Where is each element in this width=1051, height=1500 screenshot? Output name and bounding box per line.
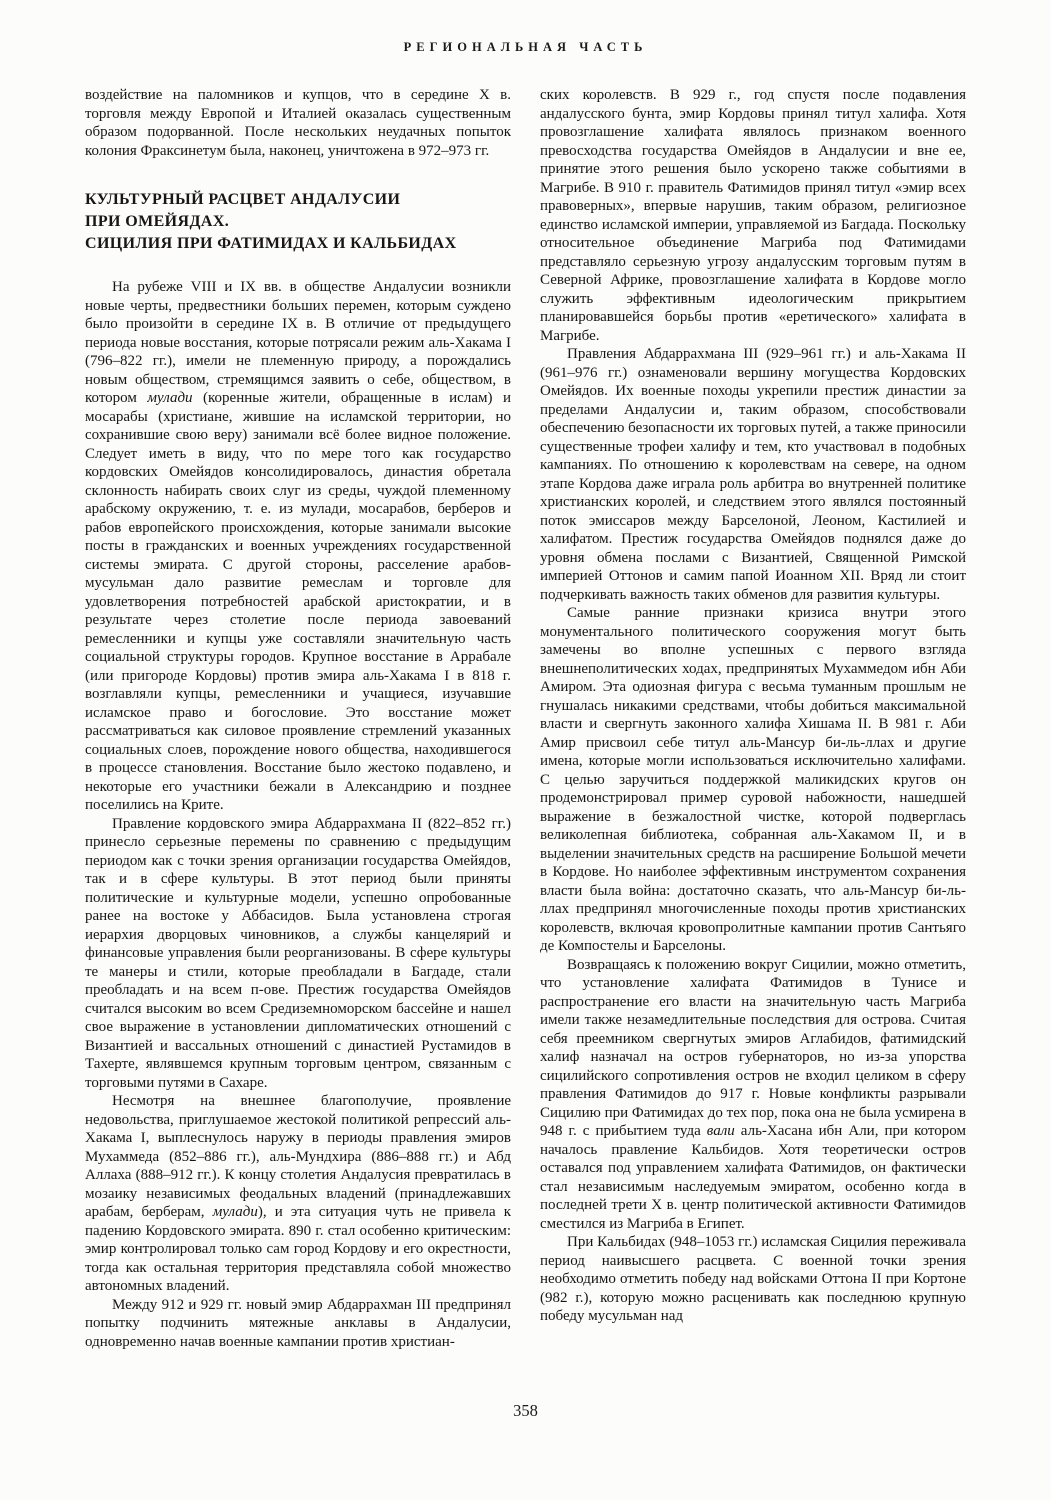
italic-term: вали [707,1123,735,1139]
paragraph: Правление кордовского эмира Абдаррахмана… [85,815,511,1093]
text-run: воздействие на паломников и купцов, что … [85,87,511,159]
text-run: Правления Абдаррахмана III (929–961 гг.)… [540,346,966,603]
paragraph: Между 912 и 929 гг. новый эмир Абдаррахм… [85,1296,511,1352]
book-page: РЕГИОНАЛЬНАЯ ЧАСТЬ воздействие на паломн… [0,0,1051,1500]
text-run: Возвращаясь к положению вокруг Сицилии, … [540,957,966,1140]
text-run: Правление кордовского эмира Абдаррахмана… [85,816,511,1091]
text-run: На рубеже VIII и IX вв. в обществе Андал… [85,279,511,406]
text-run: Между 912 и 929 гг. новый эмир Абдаррахм… [85,1297,511,1350]
paragraph: Возвращаясь к положению вокруг Сицилии, … [540,956,966,1234]
section-heading: КУЛЬТУРНЫЙ РАСЦВЕТ АНДАЛУСИИ ПРИ ОМЕЙЯДА… [85,189,511,255]
right-column: ских королевств. В 929 г., год спустя по… [540,86,966,1351]
text-run: (коренные жители, обращенные в ислам) и … [85,390,511,813]
paragraph: Правления Абдаррахмана III (929–961 гг.)… [540,345,966,604]
page-number: 358 [0,1401,1051,1421]
paragraph: воздействие на паломников и купцов, что … [85,86,511,160]
text-columns: воздействие на паломников и купцов, что … [85,86,966,1351]
italic-term: мулади [147,390,192,406]
paragraph: ских королевств. В 929 г., год спустя по… [540,86,966,345]
text-run: Самые ранние признаки кризиса внутри это… [540,605,966,954]
paragraph: При Кальбидах (948–1053 гг.) исламская С… [540,1233,966,1326]
text-run: Несмотря на внешнее благополучие, проявл… [85,1093,511,1220]
paragraph: Самые ранние признаки кризиса внутри это… [540,604,966,956]
paragraph: На рубеже VIII и IX вв. в обществе Андал… [85,278,511,815]
text-run: аль-Хасана ибн Али, при котором началось… [540,1123,966,1232]
paragraph: Несмотря на внешнее благополучие, проявл… [85,1092,511,1296]
running-head: РЕГИОНАЛЬНАЯ ЧАСТЬ [0,40,1051,55]
text-run: При Кальбидах (948–1053 гг.) исламская С… [540,1234,966,1324]
left-column: воздействие на паломников и купцов, что … [85,86,511,1351]
italic-term: мулади [213,1204,258,1220]
text-run: ских королевств. В 929 г., год спустя по… [540,87,966,344]
